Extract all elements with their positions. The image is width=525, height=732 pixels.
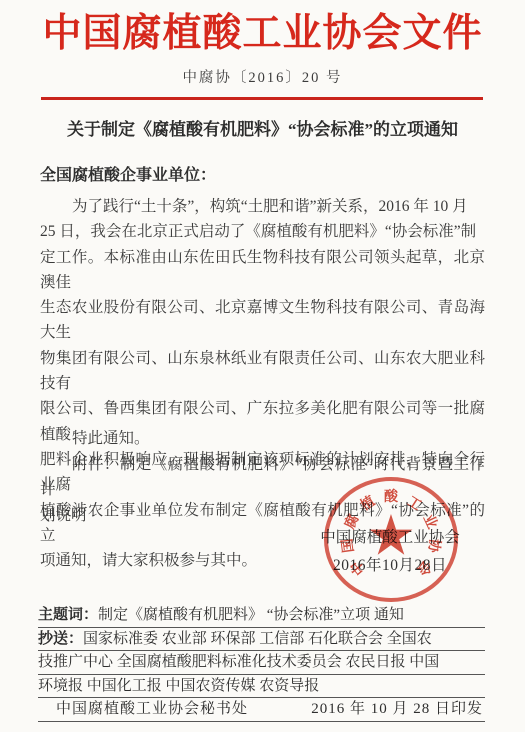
issue-date: 2016 年 10 月 28 日印发 — [311, 698, 483, 721]
cc-label: 抄送： — [38, 631, 83, 647]
footer-row-issuer: 中国腐植酸工业协会秘书处 2016 年 10 月 28 日印发 — [38, 698, 485, 722]
footer-row-cc-cont-1: 技推广中心 全国腐植酸肥料标准化技术委员会 农民日报 中国 — [38, 651, 485, 675]
body-paragraph-3: 附件：制定《腐植酸有机肥料》“协会标准”时代背景暨工作计 划说明 — [40, 452, 485, 528]
footer-row-cc-cont-2: 环境报 中国化工报 中国农资传媒 农资导报 — [38, 675, 485, 699]
subject-text: 制定《腐植酸有机肥料》 “协会标准”立项 通知 — [98, 607, 404, 623]
official-document-page: 中国腐植酸工业协会文件 中腐协〔2016〕20 号 关于制定《腐植酸有机肥料》“… — [0, 0, 525, 732]
footer-row-subject: 主题词：制定《腐植酸有机肥料》 “协会标准”立项 通知 — [38, 604, 485, 628]
document-number: 中腐协〔2016〕20 号 — [0, 68, 525, 88]
subject-label: 主题词： — [38, 607, 98, 623]
cc-cont-text-1: 技推广中心 全国腐植酸肥料标准化技术委员会 农民日报 中国 — [38, 654, 439, 670]
addressee-line: 全国腐植酸企事业单位： — [40, 165, 216, 187]
letterhead-title: 中国腐植酸工业协会文件 — [0, 11, 525, 57]
issuer-office: 中国腐植酸工业协会秘书处 — [56, 698, 248, 721]
cc-cont-text-2: 环境报 中国化工报 中国农资传媒 农资导报 — [38, 678, 319, 694]
notice-title: 关于制定《腐植酸有机肥料》“协会标准”的立项通知 — [0, 118, 525, 142]
letterhead-red-rule — [41, 97, 483, 100]
signature-block: 中国腐植酸工业协会 2016年10月28日 — [295, 527, 485, 577]
signature-org: 中国腐植酸工业协会 — [295, 527, 485, 549]
cc-text: 国家标准委 农业部 环保部 工信部 石化联合会 全国农 — [83, 631, 432, 647]
footer-row-cc: 抄送：国家标准委 农业部 环保部 工信部 石化联合会 全国农 — [38, 628, 485, 652]
signature-date: 2016年10月28日 — [295, 555, 485, 577]
body-paragraph-2: 特此通知。 — [40, 426, 485, 451]
document-footer: 主题词：制定《腐植酸有机肥料》 “协会标准”立项 通知 抄送：国家标准委 农业部… — [38, 604, 485, 722]
